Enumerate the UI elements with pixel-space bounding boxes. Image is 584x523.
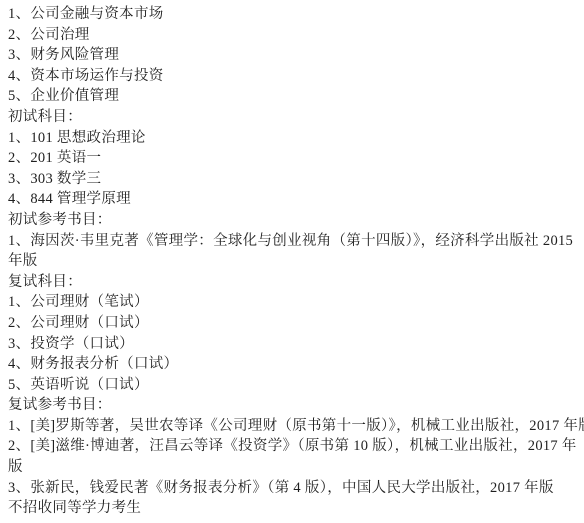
document-body: 1、公司金融与资本市场2、公司治理3、财务风险管理4、资本市场运作与投资5、企业… xyxy=(0,0,584,523)
text-line: 复试科目： xyxy=(8,272,576,293)
text-line: 2、公司理财（口试） xyxy=(8,313,576,334)
text-line: 2、公司治理 xyxy=(8,25,576,46)
text-line: 3、303 数学三 xyxy=(8,169,576,190)
text-line: 5、英语听说（口试） xyxy=(8,375,576,396)
text-line: 版 xyxy=(8,457,576,478)
text-line: 初试参考书目： xyxy=(8,210,576,231)
text-line: 1、公司金融与资本市场 xyxy=(8,4,576,25)
text-line: 2、[美]滋维·博迪著，汪昌云等译《投资学》（原书第 10 版），机械工业出版社… xyxy=(8,436,576,457)
text-line: 4、844 管理学原理 xyxy=(8,189,576,210)
text-line: 年版 xyxy=(8,251,576,272)
text-line: 1、[美]罗斯等著，吴世农等译《公司理财（原书第十一版）》，机械工业出版社，20… xyxy=(8,416,576,437)
text-line: 4、财务报表分析（口试） xyxy=(8,354,576,375)
text-line: 复试参考书目： xyxy=(8,395,576,416)
text-line: 2、201 英语一 xyxy=(8,148,576,169)
text-line: 初试科目： xyxy=(8,107,576,128)
text-line: 1、公司理财（笔试） xyxy=(8,292,576,313)
text-line: 5、企业价值管理 xyxy=(8,86,576,107)
text-line: 4、资本市场运作与投资 xyxy=(8,66,576,87)
text-line: 3、张新民，钱爱民著《财务报表分析》（第 4 版），中国人民大学出版社，2017… xyxy=(8,478,576,499)
text-line: 3、财务风险管理 xyxy=(8,45,576,66)
text-line: 3、投资学（口试） xyxy=(8,334,576,355)
text-line: 不招收同等学力考生 xyxy=(8,498,576,519)
text-line: 1、101 思想政治理论 xyxy=(8,128,576,149)
text-line: 1、海因茨·韦里克著《管理学：全球化与创业视角（第十四版）》，经济科学出版社 2… xyxy=(8,231,576,252)
